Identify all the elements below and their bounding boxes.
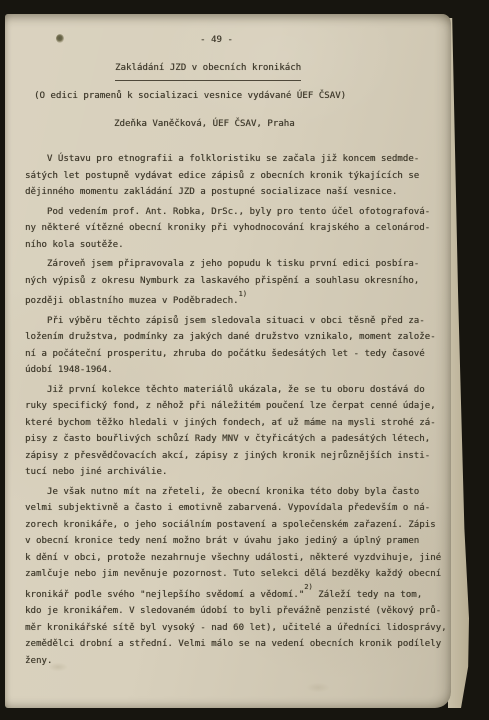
stain-mark: [305, 682, 331, 693]
paragraph: Pod vedením prof. Ant. Robka, DrSc., byl…: [25, 204, 449, 254]
page-number: - 49 -: [200, 32, 233, 49]
scan-background: { "colors": { "scan_background": "#17150…: [0, 0, 489, 720]
paragraph: Je však nutno mít na zřeteli, že obecní …: [25, 484, 449, 670]
stain-mark: [56, 34, 64, 43]
document-subtitle: (O edici pramenů k socializaci vesnice v…: [34, 88, 346, 105]
book-page: - 49 - Zakládání JZD v obecních kronikác…: [5, 14, 451, 708]
book-page-edges: [448, 18, 469, 708]
paragraph: Při výběru těchto zápisů jsem sledovala …: [25, 313, 449, 379]
scanned-book-photo: - 49 - Zakládání JZD v obecních kronikác…: [0, 0, 489, 720]
document-author: Zdeňka Vaněčková, ÚEF ČSAV, Praha: [114, 116, 295, 133]
document-body: V Ústavu pro etnografii a folkloristiku …: [25, 151, 449, 672]
paragraph: Zároveň jsem připravovala z jeho popudu …: [25, 256, 449, 310]
paragraph: V Ústavu pro etnografii a folkloristiku …: [25, 151, 449, 201]
paragraph: Již první kolekce těchto materiálů ukáza…: [25, 382, 449, 481]
document-title: Zakládání JZD v obecních kronikách: [115, 60, 301, 81]
